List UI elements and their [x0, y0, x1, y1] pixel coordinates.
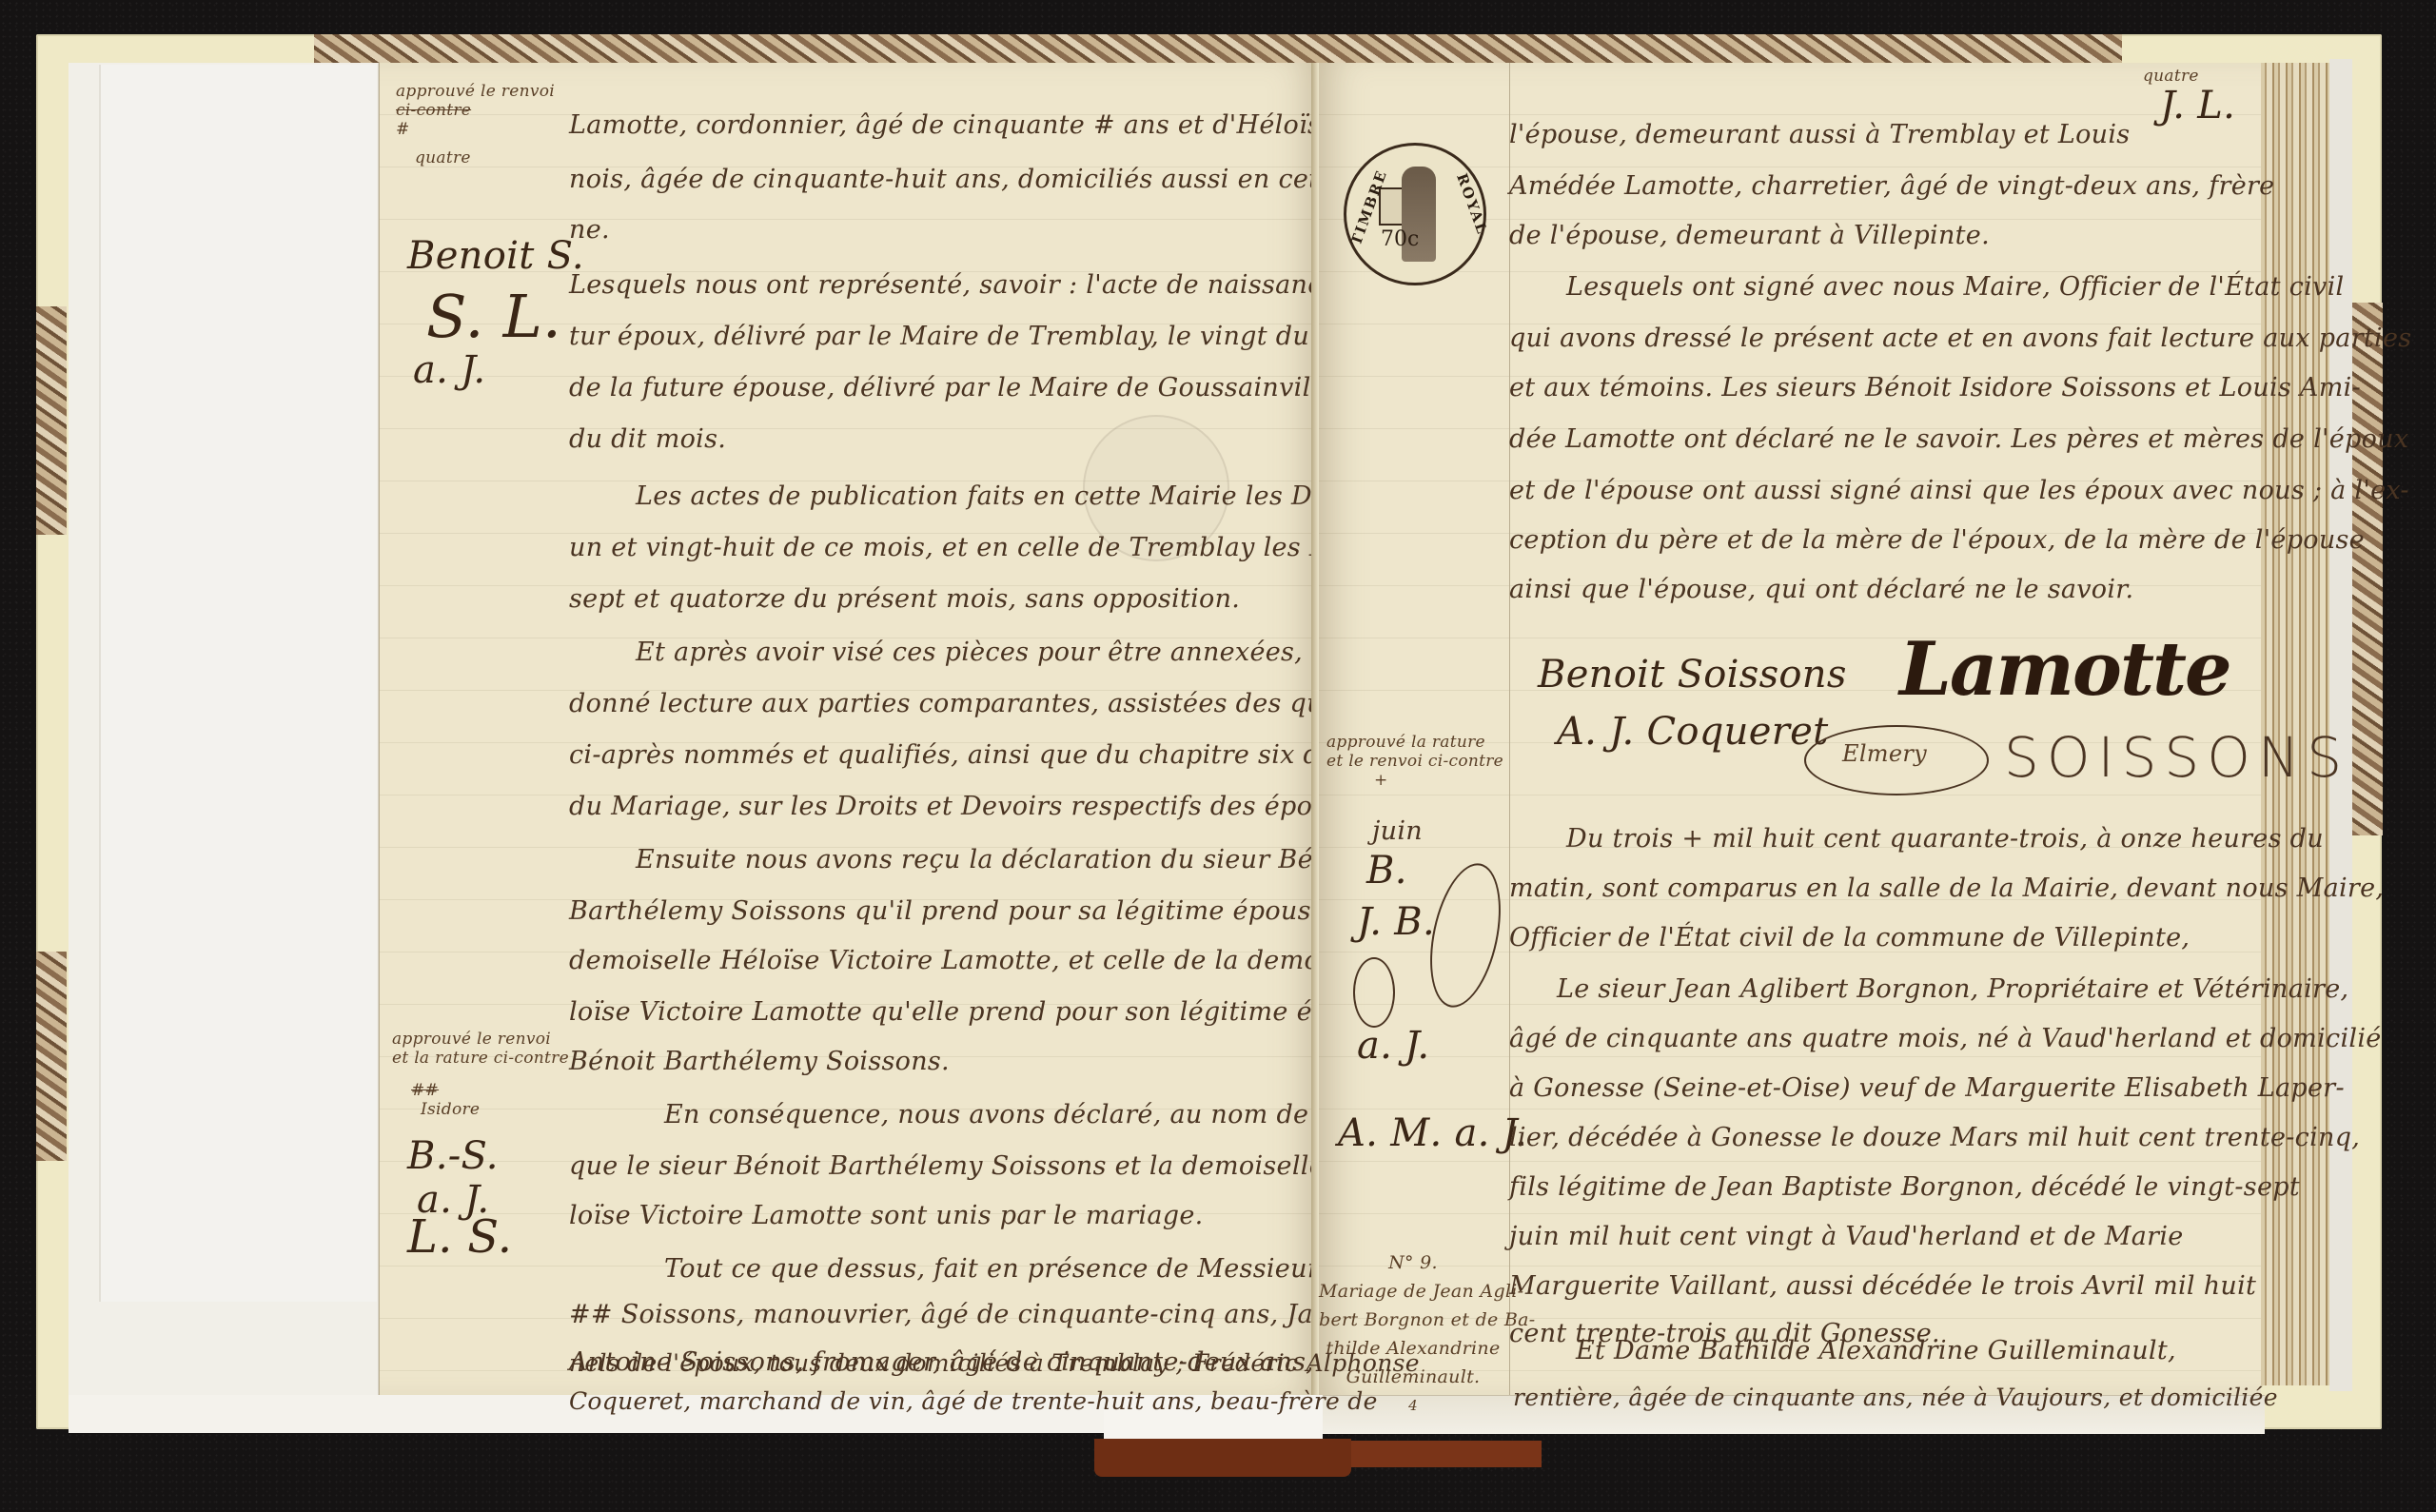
text-line: matin, sont comparus en la salle de la M… [1509, 874, 2384, 903]
text-line: lier, décédée à Gonesse le douze Mars mi… [1509, 1123, 2360, 1152]
text-line: juin mil huit cent vingt à Vaud'herland … [1509, 1222, 2184, 1251]
corner-inserted-word: quatre [2143, 67, 2199, 86]
text-line: ception du père et de la mère de l'époux… [1509, 525, 2365, 555]
text-line: du Mariage, sur les Droits et Devoirs re… [569, 792, 1362, 821]
margin-note-line: et le renvoi ci-contre [1326, 752, 1507, 771]
signature-coqueret: A. J. Coqueret [1557, 710, 1828, 754]
text-line: ne. [569, 215, 610, 245]
caption-line: bert Borgnon et de Ba- [1319, 1306, 1507, 1334]
paraph-flourish-small [1353, 957, 1395, 1028]
text-line: Ensuite nous avons reçu la déclaration d… [636, 845, 1365, 874]
text-line: l'épouse, demeurant aussi à Tremblay et … [1509, 120, 2130, 149]
text-line: Bénoit Barthélemy Soissons. [569, 1047, 950, 1076]
text-line: ci-après nommés et qualifiés, ainsi que … [569, 740, 1403, 770]
text-line: âgé de cinquante ans quatre mois, né à V… [1509, 1024, 2382, 1053]
margin-initials: Benoit S. [407, 234, 584, 278]
margin-initials: a. J. [413, 348, 485, 392]
signature-lamotte: Lamotte [1899, 626, 2230, 713]
leather-strap-tail [1351, 1441, 1542, 1467]
margin-initials: J. B. [1357, 900, 1435, 944]
margin-inserted-word: juin [1372, 816, 1423, 846]
entry-number: N° 9. [1319, 1248, 1507, 1277]
margin-initials: S. L. [426, 282, 561, 351]
text-line: qui avons dressé le présent acte et en a… [1509, 324, 2411, 353]
text-line: En conséquence, nous avons déclaré, au n… [664, 1100, 1391, 1129]
renvoi-mark: # [396, 120, 558, 139]
text-line: ## Soissons, manouvrier, âgé de cinquant… [569, 1300, 1390, 1329]
text-line: ainsi que l'épouse, qui ont déclaré ne l… [1509, 575, 2133, 604]
margin-inserted-word: quatre [396, 148, 558, 167]
signature-block: Benoit Soissons Lamotte A. J. Coqueret E… [1538, 634, 2223, 805]
text-line: Du trois + mil huit cent quarante-trois,… [1566, 824, 2324, 854]
margin-rule [379, 63, 380, 1395]
signature-soissons-caps: SOISSONS [2004, 725, 2349, 790]
marbled-edge-left-lower [36, 952, 67, 1161]
margin-note-line: et la rature ci-contre [392, 1049, 573, 1068]
margin-initials: A. M. a. J. [1338, 1111, 1527, 1155]
text-line: de l'épouse, demeurant à Villepinte. [1509, 221, 1990, 250]
renvoi-mark: ## [392, 1081, 516, 1100]
text-line: Barthélemy Soissons qu'il prend pour sa … [569, 896, 1326, 926]
margin-approval-note-right: approuvé la rature et le renvoi ci-contr… [1326, 733, 1507, 790]
stamp-value: 70c [1381, 227, 1419, 251]
margin-note-line: approuvé la rature [1326, 733, 1507, 752]
leather-strap [1094, 1439, 1351, 1477]
signature-elmery: Elmery [1842, 740, 1927, 767]
margin-initials: L. S. [407, 1210, 512, 1264]
text-line: Le sieur Jean Aglibert Borgnon, Propriét… [1557, 974, 2348, 1004]
margin-note-line: ci-contre [396, 101, 558, 120]
margin-approval-note-top: approuvé le renvoi ci-contre # quatre [396, 82, 558, 167]
marbled-edge-top [314, 34, 2122, 65]
renvoi-mark: + [1326, 771, 1507, 790]
text-line: Amédée Lamotte, charretier, âgé de vingt… [1509, 171, 2274, 201]
text-line: dée Lamotte ont déclaré ne le savoir. Le… [1509, 424, 2408, 454]
corner-initials: J. L. [2160, 84, 2235, 128]
caption-line: Mariage de Jean Agli- [1319, 1277, 1507, 1306]
text-line: du dit mois. [569, 424, 726, 454]
margin-approval-note-bottom: approuvé le renvoi et la rature ci-contr… [392, 1030, 573, 1119]
text-line: de la future épouse, délivré par le Mair… [569, 373, 1437, 403]
text-line: Lesquels nous ont représenté, savoir : l… [569, 270, 1424, 300]
left-page: approuvé le renvoi ci-contre # quatre Be… [379, 63, 1319, 1395]
timbre-royal-stamp: 70c TIMBRE ROYAL. [1344, 143, 1486, 285]
text-line: nels de l'époux, tous deux domiciliés à … [569, 1349, 1420, 1377]
text-line: loïse Victoire Lamotte sont unis par le … [569, 1201, 1204, 1230]
margin-note-line: approuvé le renvoi [392, 1030, 573, 1049]
margin-inserted-word: Isidore [392, 1100, 573, 1119]
text-line: rentière, âgée de cinquante ans, née à V… [1513, 1384, 2278, 1411]
text-line: Marguerite Vaillant, aussi décédée le tr… [1509, 1271, 2256, 1301]
text-line: à Gonesse (Seine-et-Oise) veuf de Margue… [1509, 1073, 2345, 1103]
signature-benoit-soissons: Benoit Soissons [1538, 653, 1847, 697]
marbled-edge-left-upper [36, 306, 67, 535]
flyleaf-inner-sheet [99, 65, 377, 1302]
margin-initials: B. [1366, 849, 1407, 893]
text-line: que le sieur Bénoit Barthélemy Soissons … [569, 1151, 1380, 1181]
text-line: et aux témoins. Les sieurs Bénoit Isidor… [1509, 373, 2361, 403]
text-line: Lesquels ont signé avec nous Maire, Offi… [1566, 272, 2344, 302]
text-line: Officier de l'État civil de la commune d… [1509, 923, 2190, 952]
text-line: loïse Victoire Lamotte qu'elle prend pou… [569, 997, 1376, 1027]
margin-note-line: approuvé le renvoi [396, 82, 558, 101]
margin-initials: a. J. [1357, 1024, 1429, 1068]
text-line: et de l'épouse ont aussi signé ainsi que… [1509, 476, 2409, 505]
text-line: Et Dame Bathilde Alexandrine Guilleminau… [1576, 1336, 2176, 1365]
margin-initials: B.-S. [407, 1134, 499, 1178]
text-line: Coqueret, marchand de vin, âgé de trente… [569, 1387, 1378, 1415]
text-line: fils légitime de Jean Baptiste Borgnon, … [1509, 1172, 2300, 1202]
text-line: sept et quatorze du présent mois, sans o… [569, 584, 1240, 614]
